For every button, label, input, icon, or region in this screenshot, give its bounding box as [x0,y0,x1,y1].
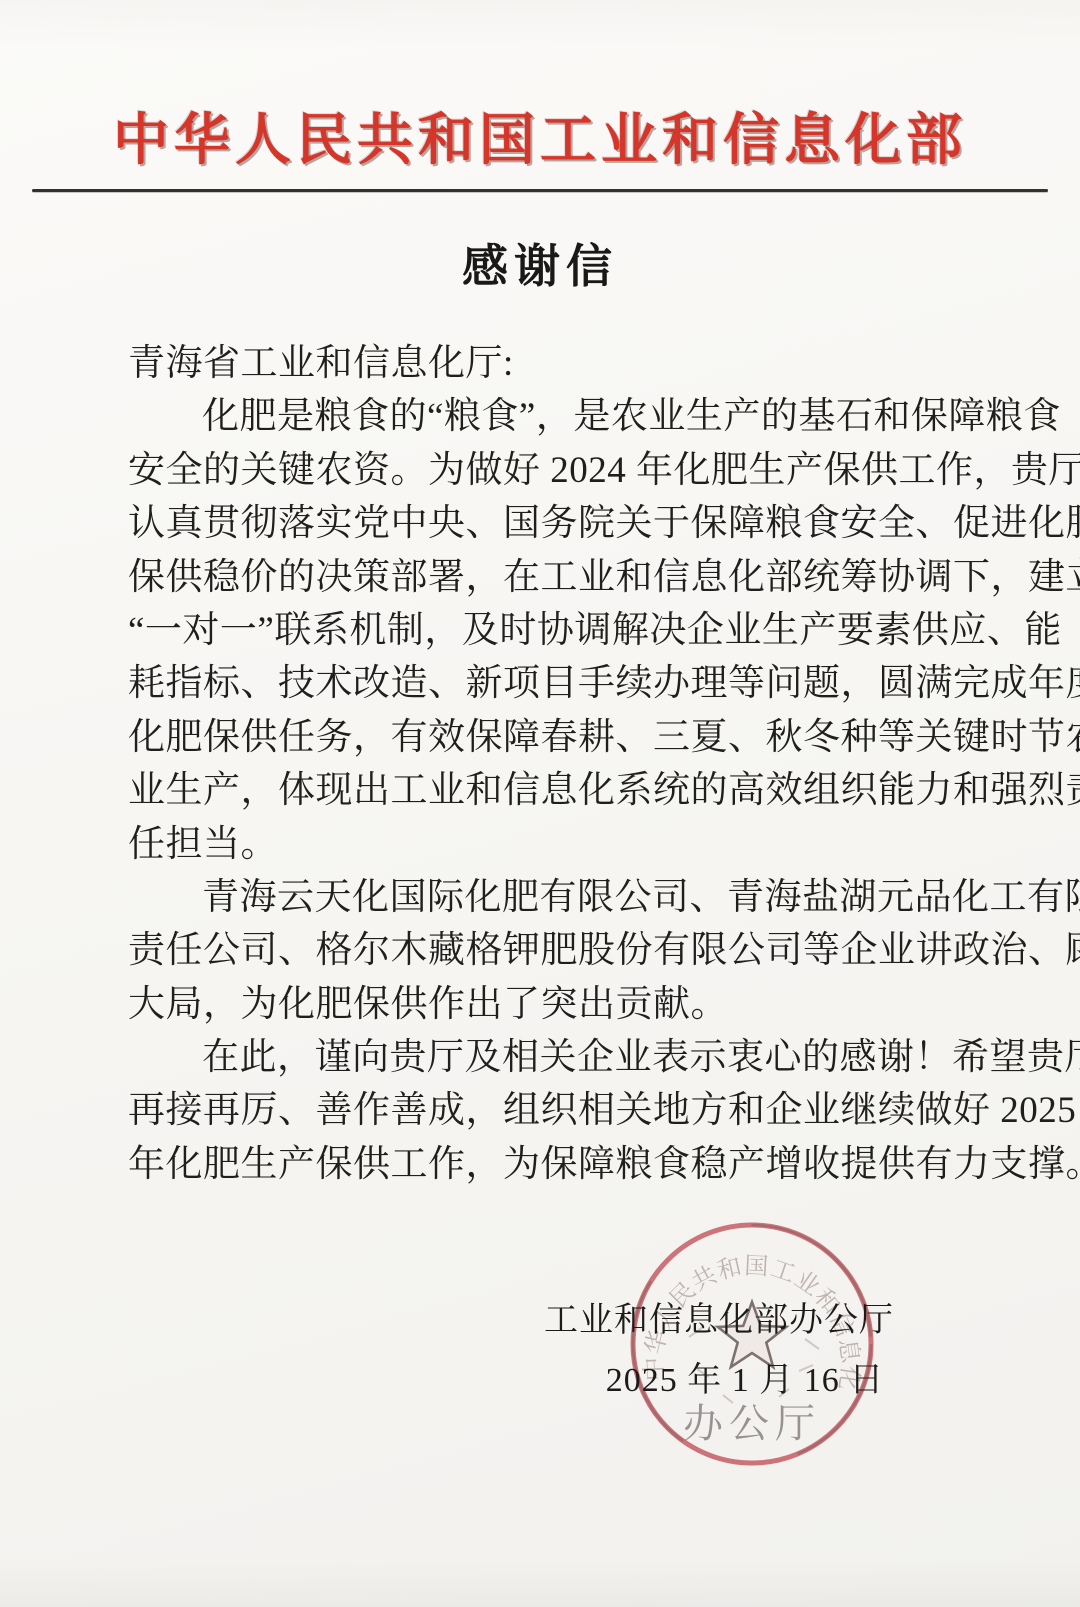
body-line: 任担当。 [128,818,988,871]
letterhead-org-title: 中华人民共和国工业和信息化部 [0,96,1080,176]
body-line: 保供稳价的决策部署，在工业和信息化部统筹协调下，建立 [128,551,988,604]
body-line: 认真贯彻落实党中央、国务院关于保障粮食安全、促进化肥 [128,497,988,550]
signature-date: 2025 年 1 月 16 日 [545,1352,945,1401]
body-line: 责任公司、格尔木藏格钾肥股份有限公司等企业讲政治、顾 [128,924,988,977]
body-line: “一对一”联系机制，及时协调解决企业生产要素供应、能 [128,604,988,657]
body-line: 化肥是粮食的“粮食”，是农业生产的基石和保障粮食 [128,390,988,443]
letterhead-divider-rule [32,189,1048,192]
body-line: 再接再厉、善作善成，组织相关地方和企业继续做好 2025 [128,1084,988,1137]
letter-body: 青海省工业和信息化厅: 化肥是粮食的“粮食”，是农业生产的基石和保障粮食 安全的… [128,337,988,1191]
body-line: 年化肥生产保供工作，为保障粮食稳产增收提供有力支撑。 [128,1138,988,1191]
scanned-letter-page: 中华人民共和国工业和信息化部 感谢信 青海省工业和信息化厅: 化肥是粮食的“粮食… [0,0,1080,1607]
salutation-line: 青海省工业和信息化厅: [128,337,988,390]
body-line: 在此，谨向贵厅及相关企业表示衷心的感谢！希望贵厅 [128,1031,988,1084]
official-red-seal: 中华人民共和国工业和信息化部 办公厅 [627,1219,877,1469]
body-line: 耗指标、技术改造、新项目手续办理等问题，圆满完成年度 [128,657,988,710]
body-line: 安全的关键农资。为做好 2024 年化肥生产保供工作，贵厅 [128,444,988,497]
signature-org-name: 工业和信息化部办公厅 [519,1292,919,1341]
body-line: 大局，为化肥保供作出了突出贡献。 [128,978,988,1031]
body-line: 化肥保供任务，有效保障春耕、三夏、秋冬种等关键时节农 [128,711,988,764]
seal-bottom-text: 办公厅 [683,1401,821,1446]
body-line: 青海云天化国际化肥有限公司、青海盐湖元品化工有限 [128,871,988,924]
body-line: 业生产，体现出工业和信息化系统的高效组织能力和强烈责 [128,764,988,817]
letter-title: 感谢信 [0,230,1080,296]
